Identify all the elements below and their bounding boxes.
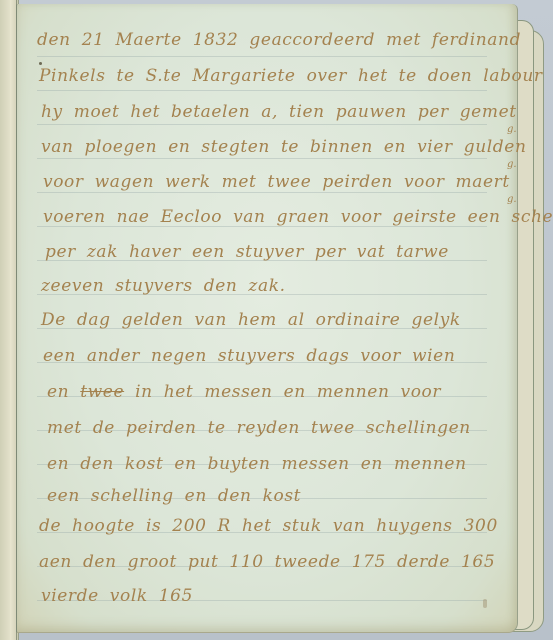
margin-mark: g.	[507, 159, 517, 170]
manuscript-line-5: voor wagen werk met twee peirden voor ma…	[43, 172, 510, 192]
paper-stain	[483, 599, 487, 608]
manuscript-line-2: Pinkels te S.te Margariete over het te d…	[39, 66, 543, 86]
manuscript-line-3: hy moet het betaelen a, tien pauwen per …	[41, 102, 517, 122]
word-en: en	[47, 382, 80, 402]
ruled-line	[37, 124, 487, 125]
manuscript-line-12: met de peirden te reyden twee schellinge…	[47, 418, 471, 438]
manuscript-page: den 21 Maerte 1832 geaccordeerd met ferd…	[16, 4, 518, 633]
manuscript-line-9: De dag gelden van hem al ordinaire gelyk	[41, 310, 461, 330]
manuscript-line-17: vierde volk 165	[41, 586, 193, 606]
struck-word: twee	[80, 382, 124, 402]
manuscript-line-16: aen den groot put 110 tweede 175 derde 1…	[39, 552, 495, 572]
ruled-line	[37, 158, 487, 159]
manuscript-line-15: de hoogte is 200 R het stuk van huygens …	[39, 516, 498, 536]
ruled-line	[37, 90, 487, 91]
manuscript-line-6: voeren nae Eecloo van graen voor geirste…	[43, 207, 553, 227]
manuscript-line-7: per zak haver een stuyver per vat tarwe	[45, 242, 449, 262]
manuscript-line-14: een schelling en den kost	[47, 486, 301, 506]
manuscript-line-11: en twee in het messen en mennen voor	[47, 382, 441, 402]
ruled-line	[37, 56, 487, 57]
margin-mark: g.	[507, 194, 517, 205]
manuscript-line-13: en den kost en buyten messen en mennen	[47, 454, 467, 474]
ruled-line	[37, 192, 487, 193]
ink-dot	[39, 62, 42, 65]
manuscript-line-8: zeeven stuyvers den zak.	[41, 276, 286, 296]
manuscript-line-4: van ploegen en stegten te binnen en vier…	[41, 137, 527, 157]
manuscript-line-1: den 21 Maerte 1832 geaccordeerd met ferd…	[37, 30, 521, 50]
manuscript-line-10: een ander negen stuyvers dags voor wien	[43, 346, 455, 366]
margin-mark: g.	[507, 124, 517, 135]
line-11-rest: in het messen en mennen voor	[124, 382, 441, 402]
